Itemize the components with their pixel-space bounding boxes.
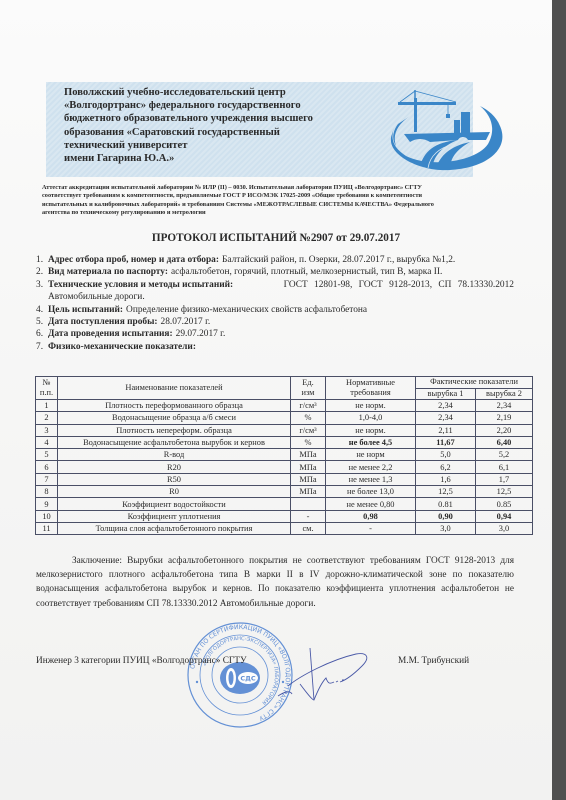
cell-sample-2: 6,40 <box>476 436 533 448</box>
cell-unit: г/см³ <box>291 400 326 412</box>
detail-item-address: 1. Адрес отбора проб, номер и дата отбор… <box>36 254 514 266</box>
cell-name: Толщина слоя асфальтобетонного покрытия <box>58 522 291 534</box>
table-row: 11Толщина слоя асфальтобетонного покрыти… <box>36 522 533 534</box>
crane-bridge-road-logo-icon <box>370 84 520 176</box>
cell-sample-2: 2,20 <box>476 424 533 436</box>
table-header-row: № п.п. Наименование показателей Ед. изм … <box>36 377 533 389</box>
cell-unit: % <box>291 412 326 424</box>
accreditation-line: агентства по техническому регулированию … <box>42 209 520 217</box>
cell-num: 6 <box>36 461 58 473</box>
cell-norm: не норм <box>326 449 416 461</box>
header-norm: Нормативные требования <box>326 377 416 400</box>
table-row: 2Водонасыщение образца а/б смеси%1,0-4,0… <box>36 412 533 424</box>
table-row: 6R20МПане менее 2,26,26,1 <box>36 461 533 473</box>
table-row: 4Водонасыщение асфальтобетона вырубок и … <box>36 436 533 448</box>
cell-unit: г/см³ <box>291 424 326 436</box>
organization-name: Поволжский учебно-исследовательский цент… <box>64 86 364 165</box>
cell-num: 11 <box>36 522 58 534</box>
cell-name: Водонасыщение асфальтобетона вырубок и к… <box>58 436 291 448</box>
cell-name: R-вод <box>58 449 291 461</box>
cell-sample-1: 1,6 <box>416 473 476 485</box>
handwritten-signature-icon <box>270 640 370 710</box>
table-row: 5R-водМПане норм5,05,2 <box>36 449 533 461</box>
item-label: Физико-механические показатели: <box>48 341 196 353</box>
cell-num: 8 <box>36 486 58 498</box>
table-body: 1Плотность переформованного образцаг/см³… <box>36 400 533 535</box>
cell-sample-1: 2,34 <box>416 400 476 412</box>
item-number: 7. <box>36 341 48 353</box>
cell-norm: не менее 1,3 <box>326 473 416 485</box>
item-number: 1. <box>36 254 48 266</box>
cell-unit: МПа <box>291 473 326 485</box>
org-line: имени Гагарина Ю.А.» <box>64 152 364 165</box>
signer-name: М.М. Трибунский <box>398 656 469 666</box>
cell-norm: не менее 0,80 <box>326 498 416 510</box>
results-table: № п.п. Наименование показателей Ед. изм … <box>35 376 533 535</box>
item-label: Цель испытаний: <box>48 304 123 316</box>
cell-sample-1: 0,90 <box>416 510 476 522</box>
item-value: асфальтобетон, горячий, плотный, мелкозе… <box>171 266 442 278</box>
cell-sample-2: 1,7 <box>476 473 533 485</box>
cell-unit: % <box>291 436 326 448</box>
cell-sample-2: 12,5 <box>476 486 533 498</box>
item-number: 6. <box>36 328 48 340</box>
item-label: Адрес отбора проб, номер и дата отбора: <box>48 254 219 266</box>
cell-sample-1: 11,67 <box>416 436 476 448</box>
detail-item-material: 2. Вид материала по паспорту: асфальтобе… <box>36 266 514 278</box>
cell-norm: - <box>326 522 416 534</box>
table-row: 1Плотность переформованного образцаг/см³… <box>36 400 533 412</box>
cell-name: R50 <box>58 473 291 485</box>
header-sample-1: вырубка 1 <box>416 388 476 400</box>
cell-name: Плотность непереформ. образца <box>58 424 291 436</box>
detail-item-methods-continuation: Автомобильные дороги. <box>36 291 514 303</box>
header-num: № п.п. <box>36 377 58 400</box>
protocol-title: ПРОТОКОЛ ИСПЫТАНИЙ №2907 от 29.07.2017 <box>0 232 552 244</box>
cell-norm: не более 4,5 <box>326 436 416 448</box>
cell-norm: не более 13,0 <box>326 486 416 498</box>
detail-item-purpose: 4. Цель испытаний: Определение физико-ме… <box>36 304 514 316</box>
table-row: 9Коэффициент водостойкостине менее 0,800… <box>36 498 533 510</box>
cell-norm: не норм. <box>326 400 416 412</box>
cell-sample-1: 3,0 <box>416 522 476 534</box>
cell-num: 3 <box>36 424 58 436</box>
cell-unit: МПа <box>291 449 326 461</box>
cell-sample-2: 2,34 <box>476 400 533 412</box>
item-label: Вид материала по паспорту: <box>48 266 168 278</box>
scan-edge-strip <box>552 0 566 800</box>
cell-num: 7 <box>36 473 58 485</box>
item-value: 29.07.2017 г. <box>176 328 226 340</box>
detail-item-receipt-date: 5. Дата поступления пробы: 28.07.2017 г. <box>36 316 514 328</box>
cell-sample-1: 6,2 <box>416 461 476 473</box>
cell-name: R20 <box>58 461 291 473</box>
item-value: Определение физико-механических свойств … <box>126 304 367 316</box>
cell-sample-1: 2,11 <box>416 424 476 436</box>
cell-sample-2: 2,19 <box>476 412 533 424</box>
detail-item-test-date: 6. Дата проведения испытания: 29.07.2017… <box>36 328 514 340</box>
item-label: Технические условия и методы испытаний: <box>48 279 233 291</box>
cell-unit <box>291 498 326 510</box>
cell-sample-1: 0.81 <box>416 498 476 510</box>
cell-norm: не менее 2,2 <box>326 461 416 473</box>
cell-unit: МПа <box>291 461 326 473</box>
item-number: 2. <box>36 266 48 278</box>
cell-norm: 1,0-4,0 <box>326 412 416 424</box>
accreditation-line: соответствует требованиям к компетентнос… <box>42 192 520 200</box>
item-number: 4. <box>36 304 48 316</box>
cell-num: 4 <box>36 436 58 448</box>
accreditation-text: Аттестат аккредитации испытательной лабо… <box>42 184 520 217</box>
header-unit: Ед. изм <box>291 377 326 400</box>
item-label: Дата поступления пробы: <box>48 316 158 328</box>
protocol-details-list: 1. Адрес отбора проб, номер и дата отбор… <box>36 254 514 353</box>
cell-norm: 0,98 <box>326 510 416 522</box>
header-name: Наименование показателей <box>58 377 291 400</box>
item-number: 3. <box>36 279 48 291</box>
accreditation-line: Аттестат аккредитации испытательной лабо… <box>42 184 520 192</box>
item-label: Дата проведения испытания: <box>48 328 173 340</box>
cell-sample-1: 12,5 <box>416 486 476 498</box>
org-line: бюджетного образовательного учреждения в… <box>64 112 364 125</box>
conclusion-text: Заключение: Вырубки асфальтобетонного по… <box>36 556 514 609</box>
cell-unit: см. <box>291 522 326 534</box>
cell-num: 9 <box>36 498 58 510</box>
cell-name: R0 <box>58 486 291 498</box>
cell-num: 2 <box>36 412 58 424</box>
table-row: 10Коэффициент уплотнения-0,980,900,94 <box>36 510 533 522</box>
cell-norm: не норм. <box>326 424 416 436</box>
detail-item-methods: 3. Технические условия и методы испытани… <box>36 279 514 291</box>
stamp-center-text: СДС <box>240 675 256 683</box>
cell-sample-2: 3,0 <box>476 522 533 534</box>
cell-unit: - <box>291 510 326 522</box>
cell-name: Плотность переформованного образца <box>58 400 291 412</box>
cell-name: Коэффициент уплотнения <box>58 510 291 522</box>
cell-sample-2: 6,1 <box>476 461 533 473</box>
cell-name: Коэффициент водостойкости <box>58 498 291 510</box>
accreditation-line: испытательных и калибровочных лаборатори… <box>42 201 520 209</box>
item-value: ГОСТ 12801-98, ГОСТ 9128-2013, СП 78.133… <box>284 279 514 291</box>
cell-num: 10 <box>36 510 58 522</box>
table-row: 8R0МПане более 13,012,512,5 <box>36 486 533 498</box>
detail-item-indicators: 7. Физико-механические показатели: <box>36 341 514 353</box>
cell-sample-2: 0,94 <box>476 510 533 522</box>
cell-sample-2: 5,2 <box>476 449 533 461</box>
header-actual: Фактические показатели <box>416 377 533 389</box>
cell-unit: МПа <box>291 486 326 498</box>
item-value: Балтайский район, п. Озерки, 28.07.2017 … <box>222 254 455 266</box>
org-line: технический университет <box>64 139 364 152</box>
cell-num: 5 <box>36 449 58 461</box>
cell-sample-2: 0.85 <box>476 498 533 510</box>
cell-name: Водонасыщение образца а/б смеси <box>58 412 291 424</box>
conclusion: Заключение: Вырубки асфальтобетонного по… <box>36 554 514 611</box>
cell-sample-1: 5,0 <box>416 449 476 461</box>
cell-sample-1: 2,34 <box>416 412 476 424</box>
org-line: Поволжский учебно-исследовательский цент… <box>64 86 364 99</box>
cell-num: 1 <box>36 400 58 412</box>
header-sample-2: вырубка 2 <box>476 388 533 400</box>
table-row: 7R50МПане менее 1,31,61,7 <box>36 473 533 485</box>
item-number: 5. <box>36 316 48 328</box>
org-line: образования «Саратовский государственный <box>64 126 364 139</box>
table-row: 3Плотность непереформ. образцаг/см³не но… <box>36 424 533 436</box>
engineer-position: Инженер 3 категории ПУИЦ «Волгодортранс»… <box>36 656 247 666</box>
org-line: «Волгодортранс» федерального государстве… <box>64 99 364 112</box>
item-value: 28.07.2017 г. <box>161 316 211 328</box>
